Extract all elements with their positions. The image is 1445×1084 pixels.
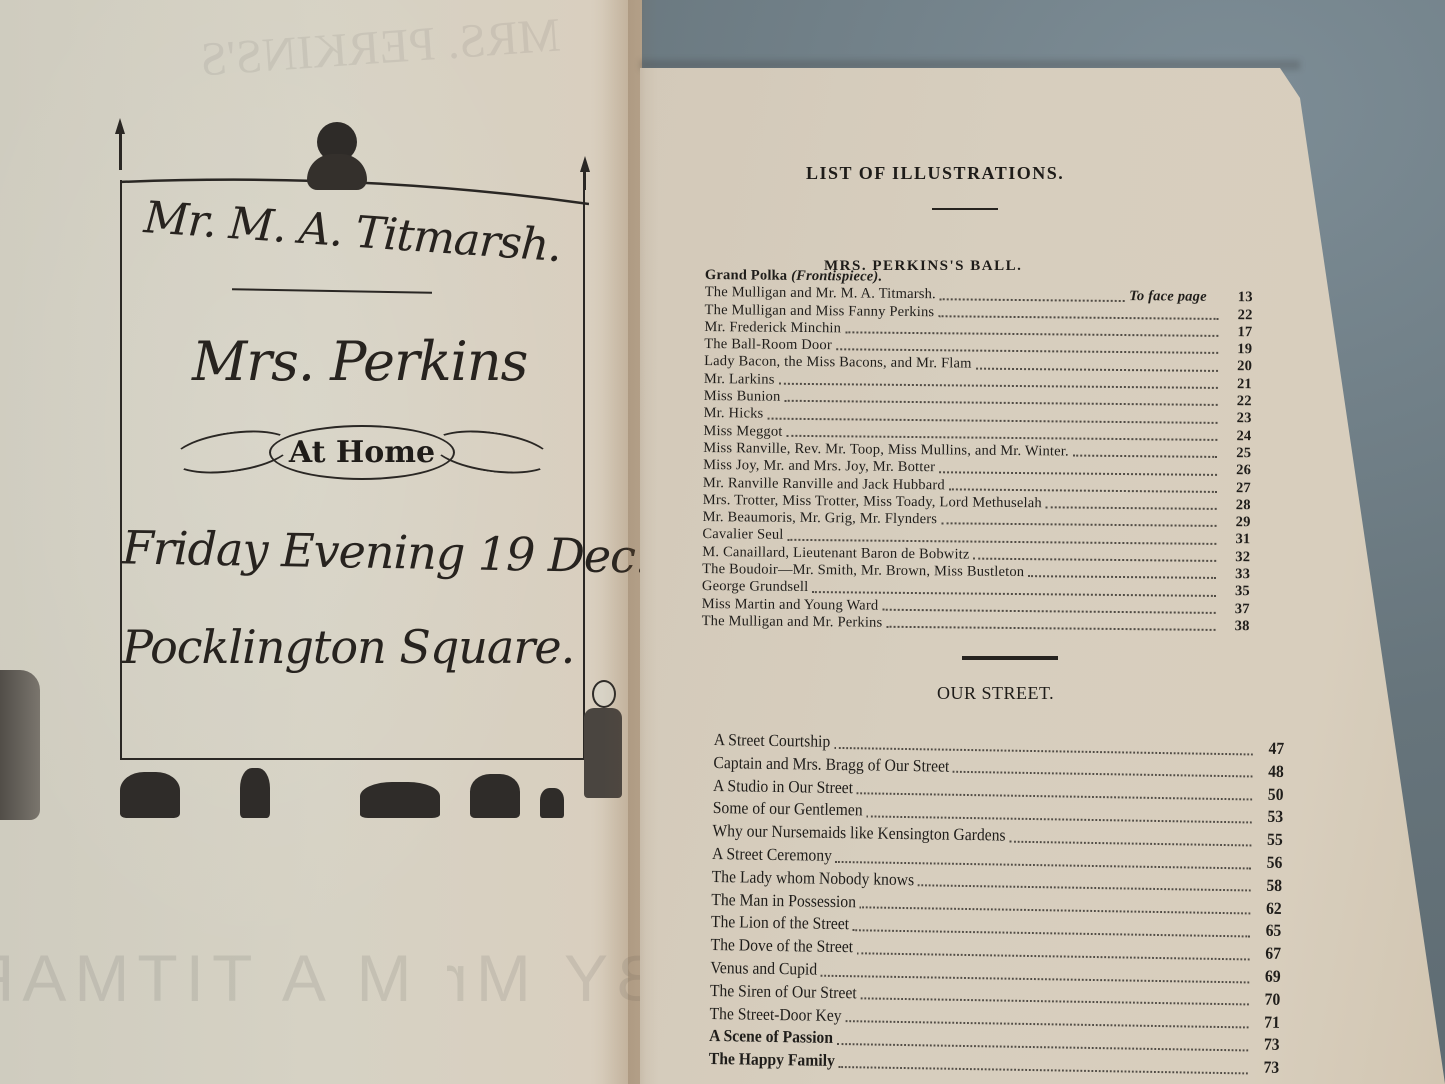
entry-title: Miss Meggot — [703, 424, 782, 439]
dot-leader — [976, 362, 1218, 372]
entry-title: Mr. Larkins — [704, 372, 775, 387]
entry-page: 58 — [1254, 876, 1282, 893]
entry-page: 53 — [1255, 808, 1283, 825]
entry-title: Miss Bunion — [704, 389, 781, 404]
entry-title: Mr. Frederick Minchin — [704, 320, 841, 336]
entry-page: 50 — [1256, 785, 1284, 802]
entry-title: The Street-Door Key — [709, 1005, 841, 1024]
dot-leader — [812, 585, 1216, 596]
entry-page: 22 — [1223, 308, 1253, 323]
dot-leader — [938, 310, 1218, 320]
dot-leader — [918, 878, 1251, 892]
entry-page: 29 — [1221, 515, 1251, 530]
left-page: MRS. PERKINS'S Mr. M. A. Titmarsh. Mrs. … — [0, 0, 642, 1084]
dot-leader — [953, 765, 1253, 778]
entry-title: Lady Bacon, the Miss Bacons, and Mr. Fla… — [704, 354, 972, 371]
dot-leader — [886, 621, 1215, 631]
show-through-text-bottom: BY Mr M A TITMARSH — [40, 940, 660, 1016]
dot-leader — [857, 786, 1253, 801]
entry-title: Why our Nursemaids like Kensington Garde… — [712, 822, 1005, 844]
dot-leader — [941, 517, 1216, 527]
entry-page: 33 — [1220, 567, 1250, 582]
entry-title: A Scene of Passion — [709, 1027, 833, 1046]
entry-page: 48 — [1256, 762, 1284, 779]
entry-title: Cavalier Seul — [702, 527, 783, 542]
entry-title: The Ball-Room Door — [704, 337, 832, 353]
entry-title: The Happy Family — [709, 1050, 835, 1069]
entry-page: 35 — [1220, 584, 1250, 599]
entry-page: 56 — [1255, 853, 1283, 870]
dot-leader — [836, 343, 1218, 354]
illustration-list-our-street: A Street Courtship47 Captain and Mrs. Br… — [709, 731, 1334, 1083]
dot-leader — [1046, 501, 1217, 510]
facing-page-note: To face page — [1129, 289, 1207, 304]
entry-title: Miss Joy, Mr. and Mrs. Joy, Mr. Botter — [703, 458, 935, 475]
crowd-legs-illustration — [0, 758, 600, 818]
entry-page: 65 — [1254, 922, 1282, 939]
illustration-list-perkins-ball: Grand Polka (Frontispiece). The Mulligan… — [702, 268, 1253, 636]
entry-title: Miss Martin and Young Ward — [702, 597, 879, 613]
entry-title: A Street Ceremony — [712, 845, 832, 864]
dot-leader — [860, 991, 1249, 1006]
section-heading-our-street: OUR STREET. — [937, 683, 1054, 704]
entry-page: 22 — [1222, 394, 1252, 409]
entry-page: 17 — [1222, 325, 1252, 340]
entry-title: Grand Polka (Frontispiece). — [705, 268, 883, 284]
entry-page: 32 — [1220, 550, 1250, 565]
entry-title: Venus and Cupid — [710, 959, 817, 978]
entry-page: 21 — [1222, 377, 1252, 392]
dot-leader — [1028, 570, 1216, 579]
banner-hostess: Mrs. Perkins — [192, 330, 527, 393]
banner-event-place: Pocklington Square. — [122, 620, 574, 674]
dot-leader — [860, 900, 1251, 915]
dot-leader — [1009, 834, 1251, 846]
entry-title: The Dove of the Street — [711, 936, 854, 955]
entry-title: Some of our Gentlemen — [713, 799, 863, 818]
entry-title: Captain and Mrs. Bragg of Our Street — [713, 754, 949, 775]
boy-figure-head — [592, 680, 616, 708]
entry-title: The Lion of the Street — [711, 913, 849, 932]
entry-title: Mr. Ranville Ranville and Jack Hubbard — [703, 476, 945, 493]
entry-title: Mr. Hicks — [704, 406, 764, 421]
dot-leader — [949, 483, 1217, 493]
entry-title: George Grundsell — [702, 579, 809, 595]
entry-title: The Mulligan and Mr. Perkins — [702, 614, 883, 630]
dot-leader — [838, 1059, 1248, 1074]
entry-title: The Man in Possession — [711, 891, 856, 910]
entry-title: The Mulligan and Mr. M. A. Titmarsh. — [705, 285, 936, 302]
banner-pole-tip-left — [115, 118, 125, 134]
entry-title: Mr. Beaumoris, Mr. Grig, Mr. Flynders — [703, 510, 938, 527]
section-divider — [962, 656, 1058, 660]
entry-title: A Studio in Our Street — [713, 777, 853, 796]
dot-leader — [882, 603, 1215, 613]
dot-leader — [834, 740, 1253, 755]
dot-leader — [857, 946, 1250, 961]
entry-title: Miss Ranville, Rev. Mr. Toop, Miss Mulli… — [703, 441, 1069, 459]
entry-page: 31 — [1220, 532, 1250, 547]
entry-title: The Mulligan and Miss Fanny Perkins — [705, 303, 935, 320]
banner-event-date: Friday Evening 19 Dec. — [122, 520, 649, 583]
book-gutter — [628, 0, 658, 1084]
entry-page: 71 — [1252, 1013, 1280, 1030]
dot-leader — [784, 395, 1217, 406]
dot-leader — [940, 293, 1125, 302]
entry-page: 73 — [1252, 1036, 1280, 1053]
dot-leader — [779, 378, 1218, 389]
invitation-banner-illustration: Mr. M. A. Titmarsh. Mrs. Perkins At Home… — [120, 180, 585, 760]
entry-page: 62 — [1254, 899, 1282, 916]
entry-page: 69 — [1253, 967, 1281, 984]
entry-page: 24 — [1221, 429, 1251, 444]
entry-page: 70 — [1253, 990, 1281, 1007]
dot-leader — [866, 809, 1252, 824]
entry-title: M. Canaillard, Lieutenant Baron de Bobwi… — [702, 545, 969, 562]
entry-page: 38 — [1220, 619, 1250, 634]
dot-leader — [845, 1014, 1248, 1029]
peeking-figure-body — [307, 154, 367, 190]
dot-leader — [853, 923, 1250, 938]
entry-page: 67 — [1253, 945, 1281, 962]
dot-leader — [1073, 450, 1217, 459]
page-title: LIST OF ILLUSTRATIONS. — [806, 163, 1064, 184]
dot-leader — [767, 412, 1217, 424]
entry-page: 20 — [1222, 359, 1252, 374]
dot-leader — [836, 854, 1252, 869]
entry-page: 37 — [1220, 602, 1250, 617]
show-through-text-top: MRS. PERKINS'S — [199, 7, 563, 87]
title-divider — [932, 208, 998, 210]
entry-title: The Lady whom Nobody knows — [712, 868, 915, 888]
at-home-flourish: At Home — [172, 412, 552, 492]
entry-page: 55 — [1255, 831, 1283, 848]
dot-leader — [974, 552, 1217, 562]
entry-page: 23 — [1222, 411, 1252, 426]
entry-page: 13 — [1223, 290, 1253, 305]
dot-leader — [821, 968, 1250, 983]
entry-page: 73 — [1251, 1059, 1279, 1076]
entry-title: A Street Courtship — [714, 731, 831, 750]
entry-page: 28 — [1221, 498, 1251, 513]
dot-leader — [837, 1036, 1249, 1051]
dot-leader — [787, 429, 1218, 440]
addressee-underline — [232, 288, 432, 293]
at-home-label: At Home — [269, 425, 455, 480]
entry-title: The Boudoir—Mr. Smith, Mr. Brown, Miss B… — [702, 562, 1024, 580]
entry-page: 19 — [1222, 342, 1252, 357]
entry-page: 25 — [1221, 446, 1251, 461]
entry-page: 27 — [1221, 481, 1251, 496]
dot-leader — [939, 466, 1217, 476]
dot-leader — [788, 533, 1217, 544]
entry-title: Mrs. Trotter, Miss Trotter, Miss Toady, … — [703, 493, 1042, 511]
dot-leader — [845, 326, 1218, 337]
entry-page: 47 — [1256, 740, 1284, 757]
entry-page: 26 — [1221, 463, 1251, 478]
entry-title: The Siren of Our Street — [710, 982, 857, 1001]
